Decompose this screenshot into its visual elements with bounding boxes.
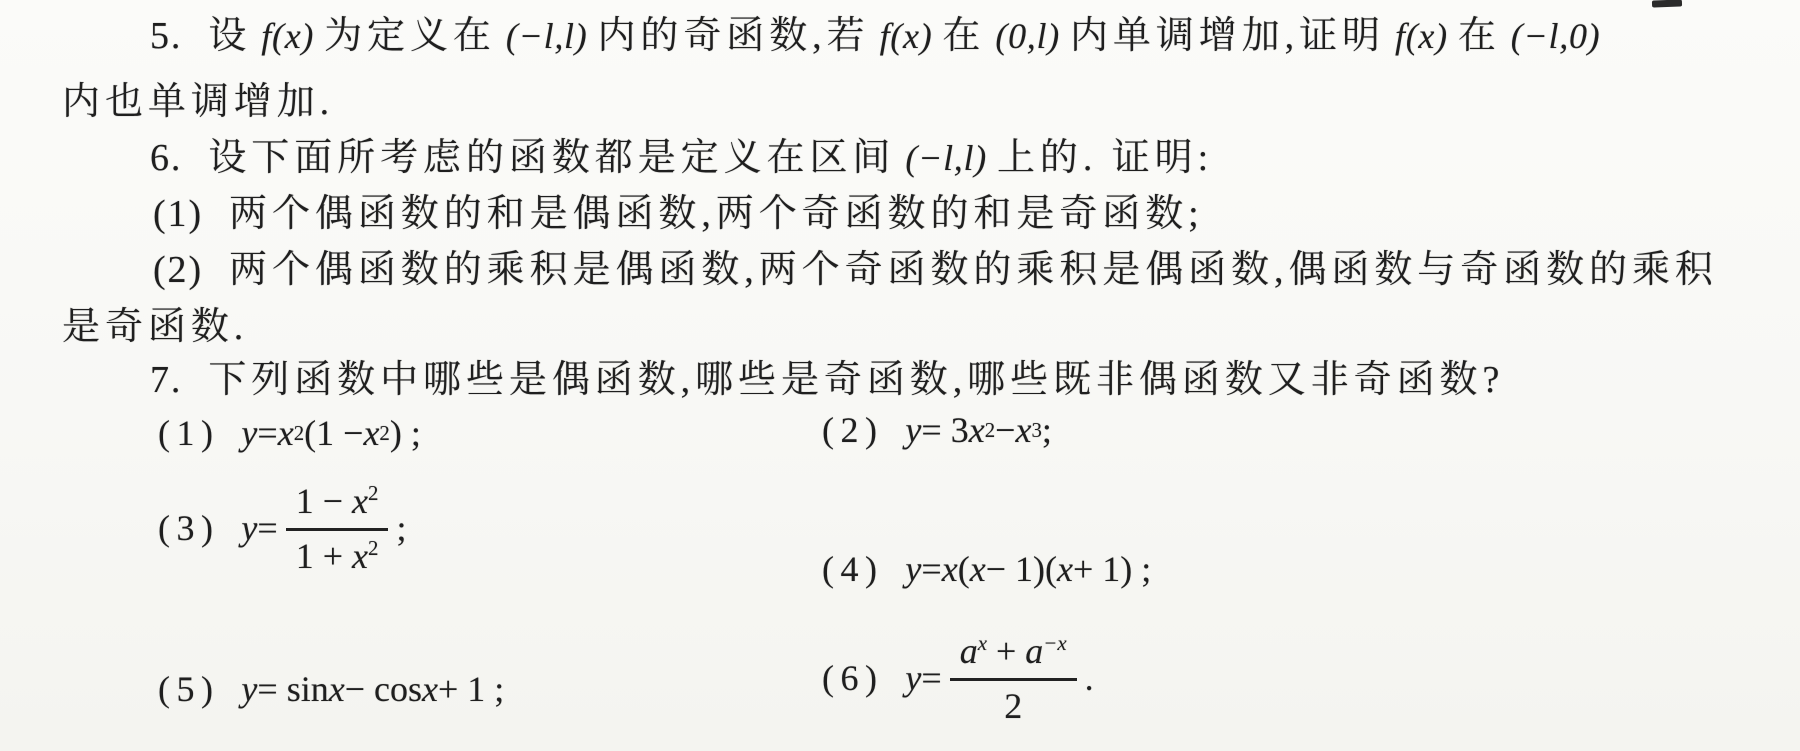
math-token: − cos — [345, 668, 422, 710]
math-token: + — [987, 631, 1025, 671]
formula-expression: y = 1 − x21 + x2 ; — [241, 478, 406, 577]
math-token: y — [241, 668, 257, 710]
formula-expression: y = x(x − 1)(x + 1) ; — [905, 548, 1151, 590]
math-token: = — [257, 507, 277, 549]
text-run: (−l,l) — [905, 138, 987, 178]
math-token: x — [363, 412, 379, 454]
math-token: x — [969, 409, 985, 451]
math-token: y — [241, 412, 257, 454]
math-token: (1 − — [304, 412, 363, 454]
problem-6-item-2-line-2: 是奇函数. — [62, 303, 248, 351]
math-token: − — [995, 409, 1015, 451]
superscript: 2 — [368, 536, 378, 560]
text-run: 内的奇函数,若 — [597, 15, 869, 57]
fraction-denominator: 1 + x2 — [296, 531, 379, 577]
formula-label: (3) — [158, 507, 219, 549]
formula-expression: y = x2(1 − x2) ; — [241, 412, 420, 454]
math-token: y — [905, 657, 921, 699]
math-token: x — [1057, 548, 1073, 590]
math-token: x — [329, 668, 345, 710]
problem-6-line-1: 6.设下面所考虑的函数都是定义在区间(−l,l)上的. 证明: — [150, 134, 1213, 182]
formula-label: (2) — [822, 409, 883, 451]
superscript: x — [978, 631, 987, 655]
formula-expression: y = 3x2 − x3 ; — [905, 409, 1051, 451]
problem-5-line-1: 5.设f(x)为定义在(−l,l)内的奇函数,若f(x)在(0,l)内单调增加,… — [150, 12, 1610, 60]
fraction-numerator: 1 − x2 — [286, 478, 389, 531]
math-token: x — [1015, 409, 1031, 451]
text-run: (0,l) — [995, 16, 1060, 56]
math-token: ) ; — [390, 412, 421, 454]
math-token: a — [1025, 631, 1043, 671]
fraction-denominator: 2 — [1004, 681, 1022, 727]
problem-6-item-1: (1)两个偶函数的和是偶函数,两个奇函数的和是奇函数; — [153, 190, 1204, 238]
math-token: x — [970, 548, 986, 590]
fraction-numerator: ax + a−x — [950, 628, 1077, 681]
text-run: 在 — [1458, 15, 1501, 57]
superscript: 2 — [368, 481, 378, 505]
text-run: 7. — [150, 359, 182, 401]
formula-7-1: (1) y = x2(1 − x2) ; — [158, 412, 421, 454]
text-run: 在 — [942, 15, 985, 57]
formula-label: (1) — [158, 412, 219, 454]
text-run: 5. — [150, 15, 182, 57]
text-run: f(x) — [1395, 16, 1448, 56]
text-run: f(x) — [261, 16, 314, 56]
math-token: = — [921, 548, 941, 590]
text-run: 6. — [150, 137, 182, 179]
math-token: a — [960, 631, 978, 671]
formula-7-2: (2) y = 3x2 − x3 ; — [822, 409, 1052, 451]
math-token: = sin — [257, 668, 328, 710]
formula-7-3: (3) y = 1 − x21 + x2 ; — [158, 478, 406, 577]
text-run: (−l,l) — [506, 16, 588, 56]
formula-7-6: (6) y = ax + a−x2. — [822, 628, 1094, 727]
math-token: + 1 ; — [438, 668, 504, 710]
formula-expression: y = ax + a−x2. — [905, 628, 1093, 727]
math-token: x — [278, 412, 294, 454]
math-token: 1 − — [296, 481, 352, 521]
math-token: 1 + — [296, 536, 352, 576]
formula-label: (6) — [822, 657, 883, 699]
math-token: − 1)( — [986, 548, 1057, 590]
problem-7-line-1: 7.下列函数中哪些是偶函数,哪些是奇函数,哪些既非偶函数又非奇函数? — [150, 356, 1504, 404]
formula-expression: y = sin x − cos x + 1 ; — [241, 668, 504, 710]
math-token: ( — [958, 548, 970, 590]
formula-7-4: (4) y = x(x − 1)(x + 1) ; — [822, 548, 1151, 590]
formula-label: (4) — [822, 548, 883, 590]
scan-artifact-mark — [1652, 0, 1682, 8]
math-token: = 3 — [921, 409, 968, 451]
superscript: −x — [1043, 631, 1066, 655]
text-run: 下列函数中哪些是偶函数,哪些是奇函数,哪些既非偶函数又非奇函数? — [208, 359, 1504, 401]
problem-5-line-2: 内也单调增加. — [62, 78, 334, 126]
math-token: . — [1085, 657, 1094, 699]
text-run: (1) — [153, 193, 203, 235]
text-run: (2) — [153, 249, 203, 291]
text-run: 设 — [208, 15, 251, 57]
text-run: 是奇函数. — [62, 306, 248, 348]
math-token: = — [921, 657, 941, 699]
text-run: 内单调增加,证明 — [1070, 15, 1385, 57]
text-run: 设下面所考虑的函数都是定义在区间 — [208, 137, 895, 179]
math-token: + 1) ; — [1073, 548, 1151, 590]
math-token: ; — [1042, 409, 1052, 451]
textbook-page: 5.设f(x)为定义在(−l,l)内的奇函数,若f(x)在(0,l)内单调增加,… — [0, 0, 1800, 751]
text-run: 上的. 证明: — [997, 137, 1213, 179]
text-run: 内也单调增加. — [62, 81, 334, 123]
math-token: x — [352, 481, 368, 521]
text-run: 为定义在 — [324, 15, 496, 57]
fraction: ax + a−x2 — [950, 628, 1077, 727]
text-run: (−l,0) — [1511, 16, 1601, 56]
math-token: x — [352, 536, 368, 576]
problem-6-item-2-line-1: (2)两个偶函数的乘积是偶函数,两个奇函数的乘积是偶函数,偶函数与奇函数的乘积 — [153, 246, 1718, 294]
math-token: 2 — [1004, 686, 1022, 726]
math-token: y — [905, 409, 921, 451]
fraction: 1 − x21 + x2 — [286, 478, 389, 577]
math-token: = — [257, 412, 277, 454]
math-token: x — [942, 548, 958, 590]
text-run: f(x) — [880, 16, 933, 56]
math-token: y — [905, 548, 921, 590]
formula-7-5: (5) y = sin x − cos x + 1 ; — [158, 668, 504, 710]
math-token: y — [241, 507, 257, 549]
math-token: x — [422, 668, 438, 710]
text-run: 两个偶函数的乘积是偶函数,两个奇函数的乘积是偶函数,偶函数与奇函数的乘积 — [229, 249, 1718, 291]
formula-label: (5) — [158, 668, 219, 710]
text-run: 两个偶函数的和是偶函数,两个奇函数的和是奇函数; — [229, 193, 1204, 235]
math-token: ; — [396, 507, 406, 549]
